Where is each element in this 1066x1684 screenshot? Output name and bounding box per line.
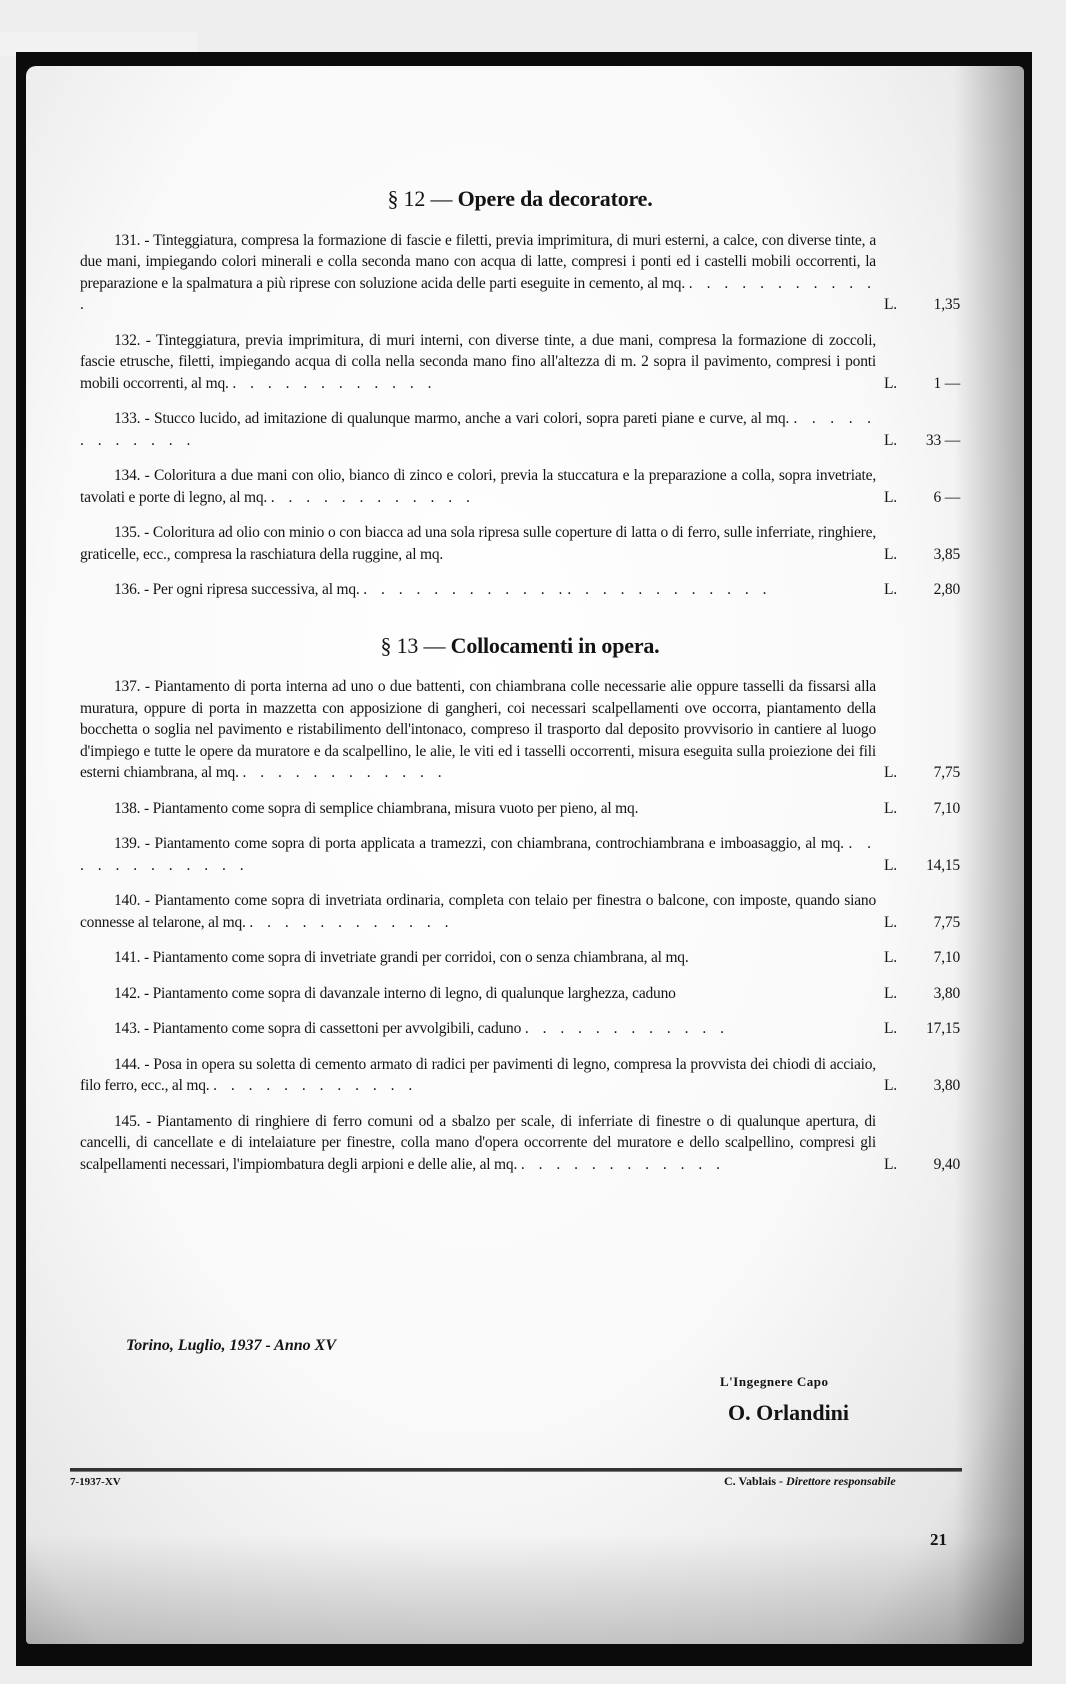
leader-dots: . . . . . . . . . . . . xyxy=(232,375,436,392)
footer-editor: C. Vablais - Direttore responsabile xyxy=(724,1474,896,1489)
price-entry-133: 133. - Stucco lucido, ad imitazione di q… xyxy=(80,408,960,451)
entry-text: 144. - Posa in opera su soletta di cemen… xyxy=(80,1056,876,1095)
price: 6 — xyxy=(914,487,960,509)
leader-dots: . . . . . . . . . . . . xyxy=(271,489,475,506)
currency: L. xyxy=(876,855,914,877)
footer-issue-code: 7-1937-XV xyxy=(70,1476,121,1488)
price-entry-138: 138. - Piantamento come sopra di semplic… xyxy=(80,798,960,820)
price-entry-136: 136. - Per ogni ripresa successiva, al m… xyxy=(80,579,960,601)
price: 14,15 xyxy=(914,855,960,877)
price: 1,35 xyxy=(914,294,960,316)
editor-role: - Direttore responsabile xyxy=(779,1474,896,1488)
section-title: Collocamenti in opera. xyxy=(451,633,660,658)
currency: L. xyxy=(876,983,914,1005)
signatory-title: L'Ingegnere Capo xyxy=(720,1374,829,1390)
document-body: § 12 — Opere da decoratore. 131. - Tinte… xyxy=(80,180,960,1189)
leader-dots: . . . . . . . . . . . . xyxy=(213,1077,417,1094)
currency: L. xyxy=(876,798,914,820)
currency: L. xyxy=(876,762,914,784)
entry-text: 145. - Piantamento di ringhiere di ferro… xyxy=(80,1113,876,1173)
leader-dots: . . . . . . . . . . . . xyxy=(242,764,446,781)
currency: L. xyxy=(876,373,914,395)
price: 7,10 xyxy=(914,947,960,969)
price-entry-142: 142. - Piantamento come sopra di davanza… xyxy=(80,983,960,1005)
price-entry-134: 134. - Coloritura a due mani con olio, b… xyxy=(80,465,960,508)
currency: L. xyxy=(876,947,914,969)
currency: L. xyxy=(876,430,914,452)
entry-text: 140. - Piantamento come sopra di invetri… xyxy=(80,892,876,931)
signatory-name: O. Orlandini xyxy=(728,1400,849,1426)
price: 3,80 xyxy=(914,1075,960,1097)
price: 17,15 xyxy=(914,1018,960,1040)
footer-rule xyxy=(70,1468,962,1472)
price-entry-144: 144. - Posa in opera su soletta di cemen… xyxy=(80,1054,960,1097)
price: 3,85 xyxy=(914,544,960,566)
currency: L. xyxy=(876,579,914,601)
entry-text: 143. - Piantamento come sopra di cassett… xyxy=(114,1020,521,1037)
entry-text: 142. - Piantamento come sopra di davanza… xyxy=(114,985,676,1002)
currency: L. xyxy=(876,1075,914,1097)
entry-text: 135. - Coloritura ad olio con minio o co… xyxy=(80,524,876,563)
entry-text: 138. - Piantamento come sopra di semplic… xyxy=(114,800,638,817)
section-heading-12: § 12 — Opere da decoratore. xyxy=(80,188,960,210)
price: 9,40 xyxy=(914,1154,960,1176)
price: 2,80 xyxy=(914,579,960,601)
entry-text: 141. - Piantamento come sopra di invetri… xyxy=(114,949,689,966)
leader-dots: . . . . . . . . . . . . xyxy=(525,1020,729,1037)
leader-dots: . . . . . . . . . . . . xyxy=(363,581,567,598)
price-entry-135: 135. - Coloritura ad olio con minio o co… xyxy=(80,522,960,565)
place-and-date: Torino, Luglio, 1937 - Anno XV xyxy=(126,1337,336,1355)
entry-text: 139. - Piantamento come sopra di porta a… xyxy=(114,835,844,852)
price: 1 — xyxy=(914,373,960,395)
price-entry-137: 137. - Piantamento di porta interna ad u… xyxy=(80,676,960,784)
currency: L. xyxy=(876,544,914,566)
price: 7,10 xyxy=(914,798,960,820)
section-number: § 13 — xyxy=(381,633,446,658)
price: 7,75 xyxy=(914,912,960,934)
price-entry-145: 145. - Piantamento di ringhiere di ferro… xyxy=(80,1111,960,1176)
price-entry-141: 141. - Piantamento come sopra di invetri… xyxy=(80,947,960,969)
currency: L. xyxy=(876,294,914,316)
currency: L. xyxy=(876,1018,914,1040)
leader-dots: . . . . . . . . . . . . xyxy=(567,581,771,598)
page-number: 21 xyxy=(930,1530,947,1550)
price: 3,80 xyxy=(914,983,960,1005)
price-entry-139: 139. - Piantamento come sopra di porta a… xyxy=(80,833,960,876)
price-entry-132: 132. - Tinteggiatura, previa imprimitura… xyxy=(80,330,960,395)
entry-text: 134. - Coloritura a due mani con olio, b… xyxy=(80,467,876,506)
section-number: § 12 — xyxy=(387,186,452,211)
leader-dots: . . . . . . . . . . . . xyxy=(521,1156,725,1173)
entry-text: 137. - Piantamento di porta interna ad u… xyxy=(80,678,876,781)
entry-text: 133. - Stucco lucido, ad imitazione di q… xyxy=(114,410,789,427)
currency: L. xyxy=(876,912,914,934)
entry-text: 132. - Tinteggiatura, previa imprimitura… xyxy=(80,332,876,392)
currency: L. xyxy=(876,487,914,509)
leader-dots: . . . . . . . . . . . . xyxy=(249,914,453,931)
price-entry-131: 131. - Tinteggiatura, compresa la formaz… xyxy=(80,230,960,316)
currency: L. xyxy=(876,1154,914,1176)
editor-name: C. Vablais xyxy=(724,1474,776,1488)
price: 7,75 xyxy=(914,762,960,784)
section-title: Opere da decoratore. xyxy=(458,186,653,211)
section-heading-13: § 13 — Collocamenti in opera. xyxy=(80,635,960,657)
price-entry-143: 143. - Piantamento come sopra di cassett… xyxy=(80,1018,960,1040)
price-entry-140: 140. - Piantamento come sopra di invetri… xyxy=(80,890,960,933)
price: 33 — xyxy=(914,430,960,452)
entry-text: 136. - Per ogni ripresa successiva, al m… xyxy=(114,581,360,598)
